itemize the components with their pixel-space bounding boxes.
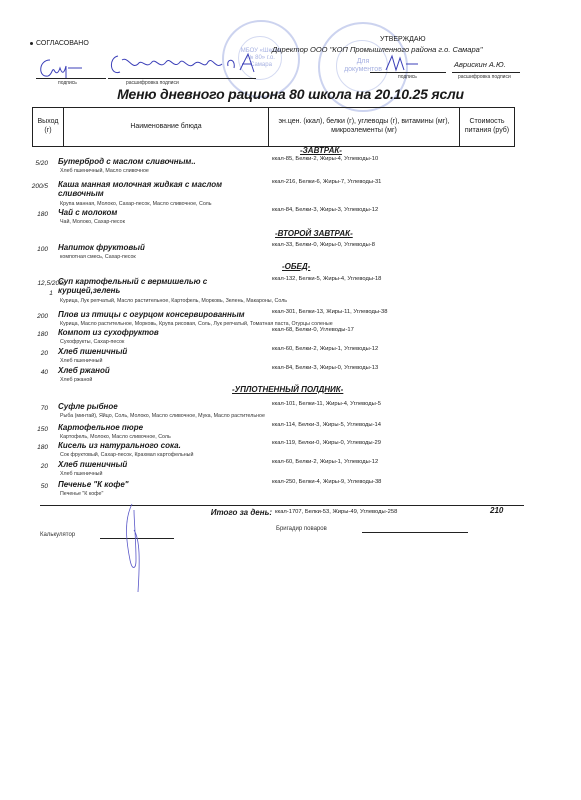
dish-name: Хлеб ржаной	[58, 366, 268, 375]
header-dish: Наименование блюда	[64, 108, 269, 147]
dish-ingredients: Сок фруктовый, Сахар-песок, Крахмал карт…	[60, 452, 193, 458]
section-title: -ОБЕД-	[282, 262, 310, 271]
dish-ingredients: Крупа манная, Молоко, Сахар-песок, Масло…	[60, 201, 212, 207]
dish-name: Хлеб пшеничный	[58, 460, 268, 469]
bullet-icon	[30, 42, 33, 45]
dish-ingredients: Хлеб пшеничный	[60, 471, 102, 477]
dish-nutrition: ккал-60, Белки-2, Жиры-1, Углеводы-12	[272, 346, 378, 352]
dish-name: Кисель из натурального сока.	[58, 441, 268, 450]
dish-nutrition: ккал-101, Белки-11, Жиры-4, Углеводы-5	[272, 401, 381, 407]
dish-nutrition: ккал-114, Белки-3, Жиры-5, Углеводы-14	[272, 422, 381, 428]
dish-ingredients: Хлеб пшеничный, Масло сливочное	[60, 168, 149, 174]
dish-name: Хлеб пшеничный	[58, 347, 268, 356]
dish-name: Напиток фруктовый	[58, 243, 268, 252]
dish-name: Суп картофельный с вермишелью с курицей,…	[58, 277, 268, 295]
dish-nutrition: ккал-132, Белки-5, Жиры-4, Углеводы-18	[272, 276, 381, 282]
dish-name: Плов из птицы с огурцом консервированным	[58, 310, 268, 319]
dish-nutrition: ккал-60, Белки-2, Жиры-1, Углеводы-12	[272, 459, 378, 465]
header-output: Выход (г)	[33, 108, 64, 147]
right-signature-caption: подпись	[398, 74, 417, 80]
header-nutrition: эн.цен. (ккал), белки (г), углеводы (г),…	[269, 108, 460, 147]
dish-output: 40	[8, 368, 48, 378]
dish-name: Бутерброд с маслом сливочным..	[58, 157, 268, 166]
totals-label: Итого за день:	[210, 508, 272, 517]
dish-ingredients: Хлеб пшеничный	[60, 358, 102, 364]
dish-nutrition: ккал-84, Белки-3, Жиры-0, Углеводы-13	[272, 365, 378, 371]
dish-ingredients: компотная смесь, Сахар-песок	[60, 254, 136, 260]
dish-name: Компот из сухофруктов	[58, 328, 268, 337]
right-name-caption: расшифровка подписи	[458, 74, 511, 80]
approved-label: СОГЛАСОВАНО	[30, 40, 89, 47]
dish-output: 180	[8, 210, 48, 220]
dish-nutrition: ккал-250, Белки-4, Жиры-9, Углеводы-38	[272, 479, 381, 485]
dish-ingredients: Курица, Лук репчатый, Масло растительное…	[60, 298, 287, 304]
dish-ingredients: Сухофрукты, Сахар-песок	[60, 339, 124, 345]
dish-ingredients: Картофель, Молоко, Масло сливочное, Соль	[60, 434, 171, 440]
page-title: Меню дневного рациона 80 школа на 20.10.…	[0, 86, 581, 102]
dish-output: 180	[8, 330, 48, 340]
dish-name: Каша манная молочная жидкая с маслом сли…	[58, 180, 268, 198]
dish-ingredients: Чай, Молоко, Сахар-песок	[60, 219, 125, 225]
signature-right	[384, 54, 424, 74]
dish-nutrition: ккал-216, Белки-6, Жиры-7, Углеводы-31	[272, 179, 381, 185]
section-title: -УПЛОТНЕННЫЙ ПОЛДНИК-	[232, 385, 343, 394]
director-position: Директор ООО "КОП Промышленного района г…	[272, 45, 482, 54]
dish-output: 20	[8, 349, 48, 359]
dish-ingredients: Хлеб ржаной	[60, 377, 92, 383]
director-name: Аврискин А.Ю.	[454, 60, 506, 69]
dish-output: 100	[8, 245, 48, 255]
dish-name: Печенье "К кофе"	[58, 480, 268, 489]
menu-table-header: Выход (г) Наименование блюда эн.цен. (кк…	[32, 107, 515, 147]
dish-output: 5/20	[8, 159, 48, 169]
dish-nutrition: ккал-119, Белки-0, Жиры-0, Углеводы-29	[272, 440, 381, 446]
dish-nutrition: ккал-68, Белки-0, Углеводы-17	[272, 327, 354, 333]
dish-name: Картофельное пюре	[58, 423, 268, 432]
dish-name: Суфле рыбное	[58, 402, 268, 411]
dish-nutrition: ккал-301, Белки-13, Жиры-11, Углеводы-38	[272, 309, 387, 315]
approve-label: УТВЕРЖДАЮ	[380, 36, 426, 43]
dish-name: Чай с молоком	[58, 208, 268, 217]
dish-output: 180	[8, 443, 48, 453]
dish-output: 150	[8, 425, 48, 435]
signature-left	[36, 56, 96, 80]
dish-output: 200	[8, 312, 48, 322]
dish-ingredients: Печенье "К кофе"	[60, 491, 103, 497]
header-cost: Стоимость питания (руб)	[460, 108, 515, 147]
dish-nutrition: ккал-85, Белки-2, Жиры-4, Углеводы-10	[272, 156, 378, 162]
dish-ingredients: Рыба (минтай), Яйцо, Соль, Молоко, Масло…	[60, 413, 265, 419]
handwritten-name-left	[108, 50, 258, 78]
chef-label: Бригадир поваров	[276, 526, 327, 532]
dish-nutrition: ккал-33, Белки-0, Жиры-0, Углеводы-8	[272, 242, 375, 248]
totals-cost: 210	[490, 506, 503, 515]
totals-nutrition: ккал-1707, Белки-53, Жиры-49, Углеводы-2…	[275, 509, 397, 515]
signature-calculator	[122, 500, 152, 596]
dish-output: 50	[8, 482, 48, 492]
section-title: -ЗАВТРАК-	[300, 146, 342, 155]
dish-output: 70	[8, 404, 48, 414]
calculator-label: Калькулятор	[40, 532, 75, 538]
dish-output: 20	[8, 462, 48, 472]
totals-rule	[40, 505, 524, 506]
dish-output: 200/5	[8, 182, 48, 192]
dish-nutrition: ккал-84, Белки-3, Жиры-3, Углеводы-12	[272, 207, 378, 213]
section-title: -ВТОРОЙ ЗАВТРАК-	[275, 229, 353, 238]
